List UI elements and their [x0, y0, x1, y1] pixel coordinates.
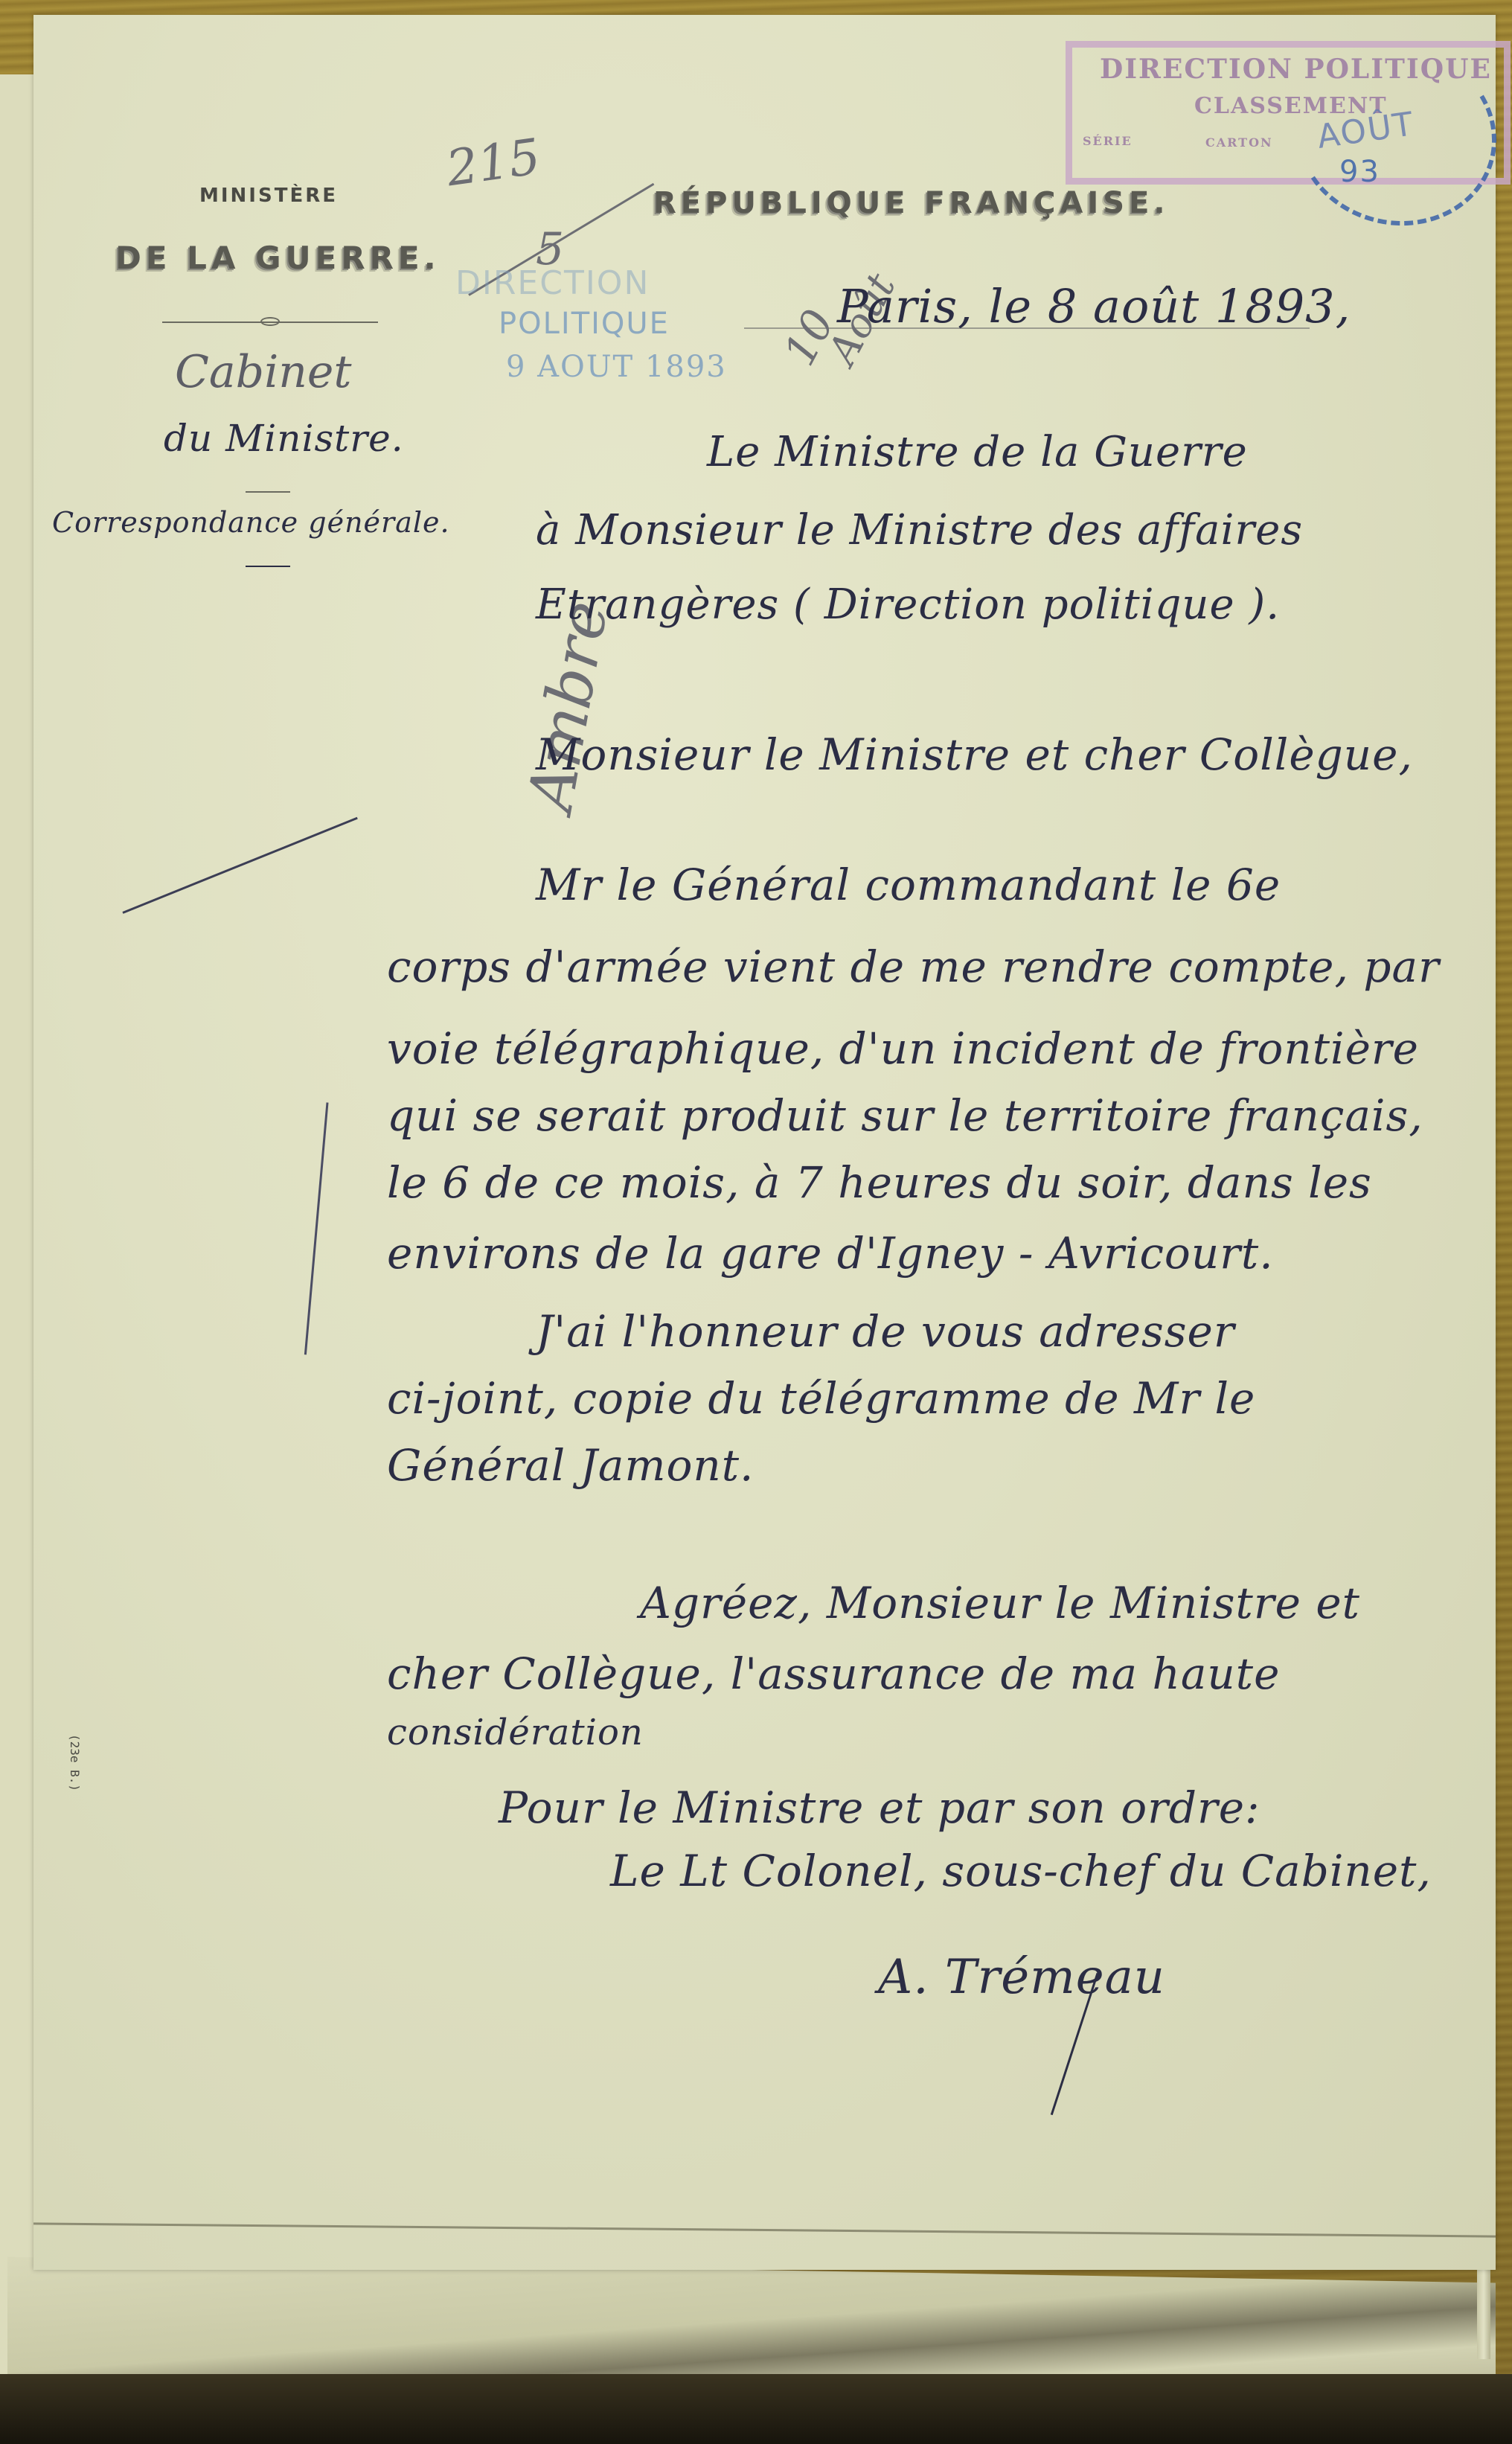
- body-line: environs de la gare d'Igney - Avricourt.: [387, 1228, 1274, 1279]
- salutation: Monsieur le Ministre et cher Collègue,: [536, 729, 1413, 780]
- body-line: Général Jamont.: [387, 1440, 754, 1491]
- date-oval-year: 93: [1339, 155, 1380, 189]
- arrival-stamp-date: 9 AOUT 1893: [506, 350, 727, 384]
- place-date: Paris, le 8 août 1893,: [837, 279, 1351, 333]
- republic-header: RÉPUBLIQUE FRANÇAISE.: [653, 186, 1170, 220]
- signature-block-line: Pour le Ministre et par son ordre:: [499, 1782, 1260, 1833]
- section-label: Correspondance générale.: [52, 506, 450, 539]
- ministry-label: MINISTÈRE: [199, 185, 338, 207]
- body-line: Mr le Général commandant le 6e: [536, 860, 1281, 910]
- classement-serie-label: SÉRIE: [1083, 134, 1133, 148]
- department-name: Cabinet: [175, 346, 352, 398]
- body-line: qui se serait produit sur le territoire …: [387, 1090, 1423, 1141]
- body-line: ci-joint, copie du télégramme de Mr le: [387, 1373, 1255, 1424]
- ornament-dot: [260, 317, 280, 326]
- arrival-stamp-line2: POLITIQUE: [499, 307, 670, 341]
- section-underline: [246, 566, 290, 567]
- closing-line: considération: [387, 1712, 644, 1753]
- body-line: le 6 de ce mois, à 7 heures du soir, dan…: [387, 1157, 1372, 1208]
- printer-mark: (23e B.): [68, 1734, 82, 1791]
- closing-line: Agréez, Monsieur le Ministre et: [640, 1578, 1360, 1628]
- body-line: voie télégraphique, d'un incident de fro…: [387, 1023, 1419, 1074]
- arrival-stamp-line1: DIRECTION: [455, 264, 650, 302]
- body-line: corps d'armée vient de me rendre compte,…: [387, 941, 1440, 992]
- shadow-bottom: [0, 2374, 1512, 2444]
- short-rule: [246, 491, 290, 493]
- classement-carton-label: CARTON: [1205, 135, 1273, 150]
- from-line: Le Ministre de la Guerre: [707, 428, 1248, 476]
- signature-block-line: Le Lt Colonel, sous-chef du Cabinet,: [610, 1846, 1432, 1896]
- addressee-line1: à Monsieur le Ministre des affaires: [536, 506, 1303, 554]
- closing-line: cher Collègue, l'assurance de ma haute: [387, 1648, 1280, 1699]
- addressee-line2: Etrangères ( Direction politique ).: [536, 580, 1280, 629]
- body-line: J'ai l'honneur de vous adresser: [536, 1306, 1235, 1357]
- department-sub: du Ministre.: [164, 417, 404, 460]
- signature: A. Trémeau: [878, 1950, 1165, 2005]
- ministry-name: DE LA GUERRE.: [115, 240, 441, 276]
